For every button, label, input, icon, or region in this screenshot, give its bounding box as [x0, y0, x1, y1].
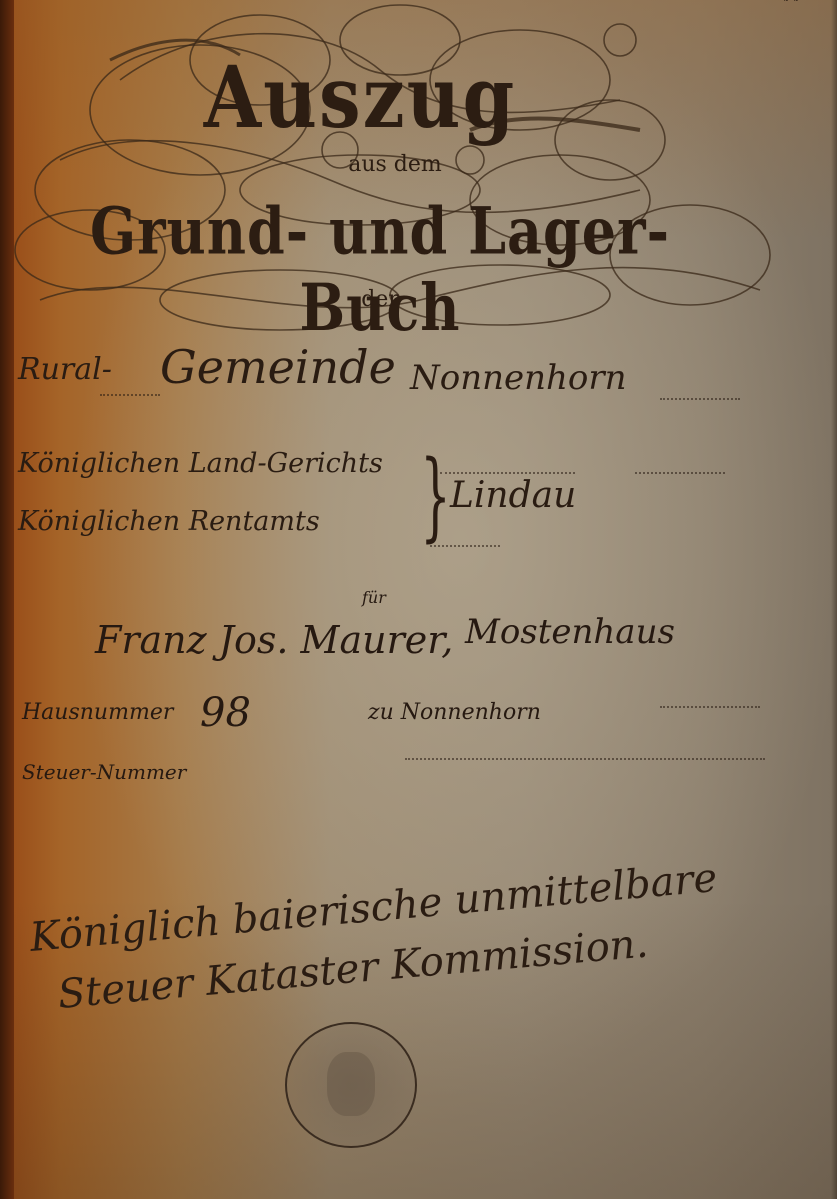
owner-occupation: Mostenhaus	[465, 612, 675, 652]
house-location: zu Nonnenhorn	[368, 700, 541, 725]
brace-icon: }	[420, 440, 451, 552]
court-label: Königlichen Land-Gerichts	[18, 448, 383, 479]
dotted-rule	[100, 394, 160, 396]
dotted-rule	[430, 545, 500, 547]
dotted-rule	[660, 398, 740, 400]
document-page: ˜ ˜ Auszug aus dem Grund- und Lager-Buch…	[0, 0, 837, 1199]
book-title: Grund- und Lager-Buch	[60, 192, 700, 346]
municipality-label: Gemeinde	[160, 340, 396, 394]
municipality-prefix: Rural-	[18, 352, 112, 387]
rent-office-label: Königlichen Rentamts	[18, 506, 320, 537]
dotted-rule	[635, 472, 725, 474]
tax-number-label: Steuer-Nummer	[22, 760, 186, 784]
house-number-value: 98	[200, 690, 251, 736]
title-connector: aus dem	[325, 152, 465, 177]
seal-emblem-icon	[327, 1052, 375, 1116]
dotted-rule	[405, 758, 765, 760]
owner-name: Franz Jos. Maurer,	[95, 618, 453, 662]
house-number-label: Hausnummer	[22, 700, 173, 725]
title-article: der	[345, 287, 415, 312]
document-title: Auszug	[150, 49, 570, 148]
municipality-value: Nonnenhorn	[410, 358, 627, 398]
official-seal-icon	[285, 1022, 417, 1148]
dotted-rule	[660, 706, 760, 708]
court-office-value: Lindau	[450, 475, 576, 516]
dotted-rule	[440, 472, 575, 474]
owner-prefix: für	[362, 588, 386, 607]
